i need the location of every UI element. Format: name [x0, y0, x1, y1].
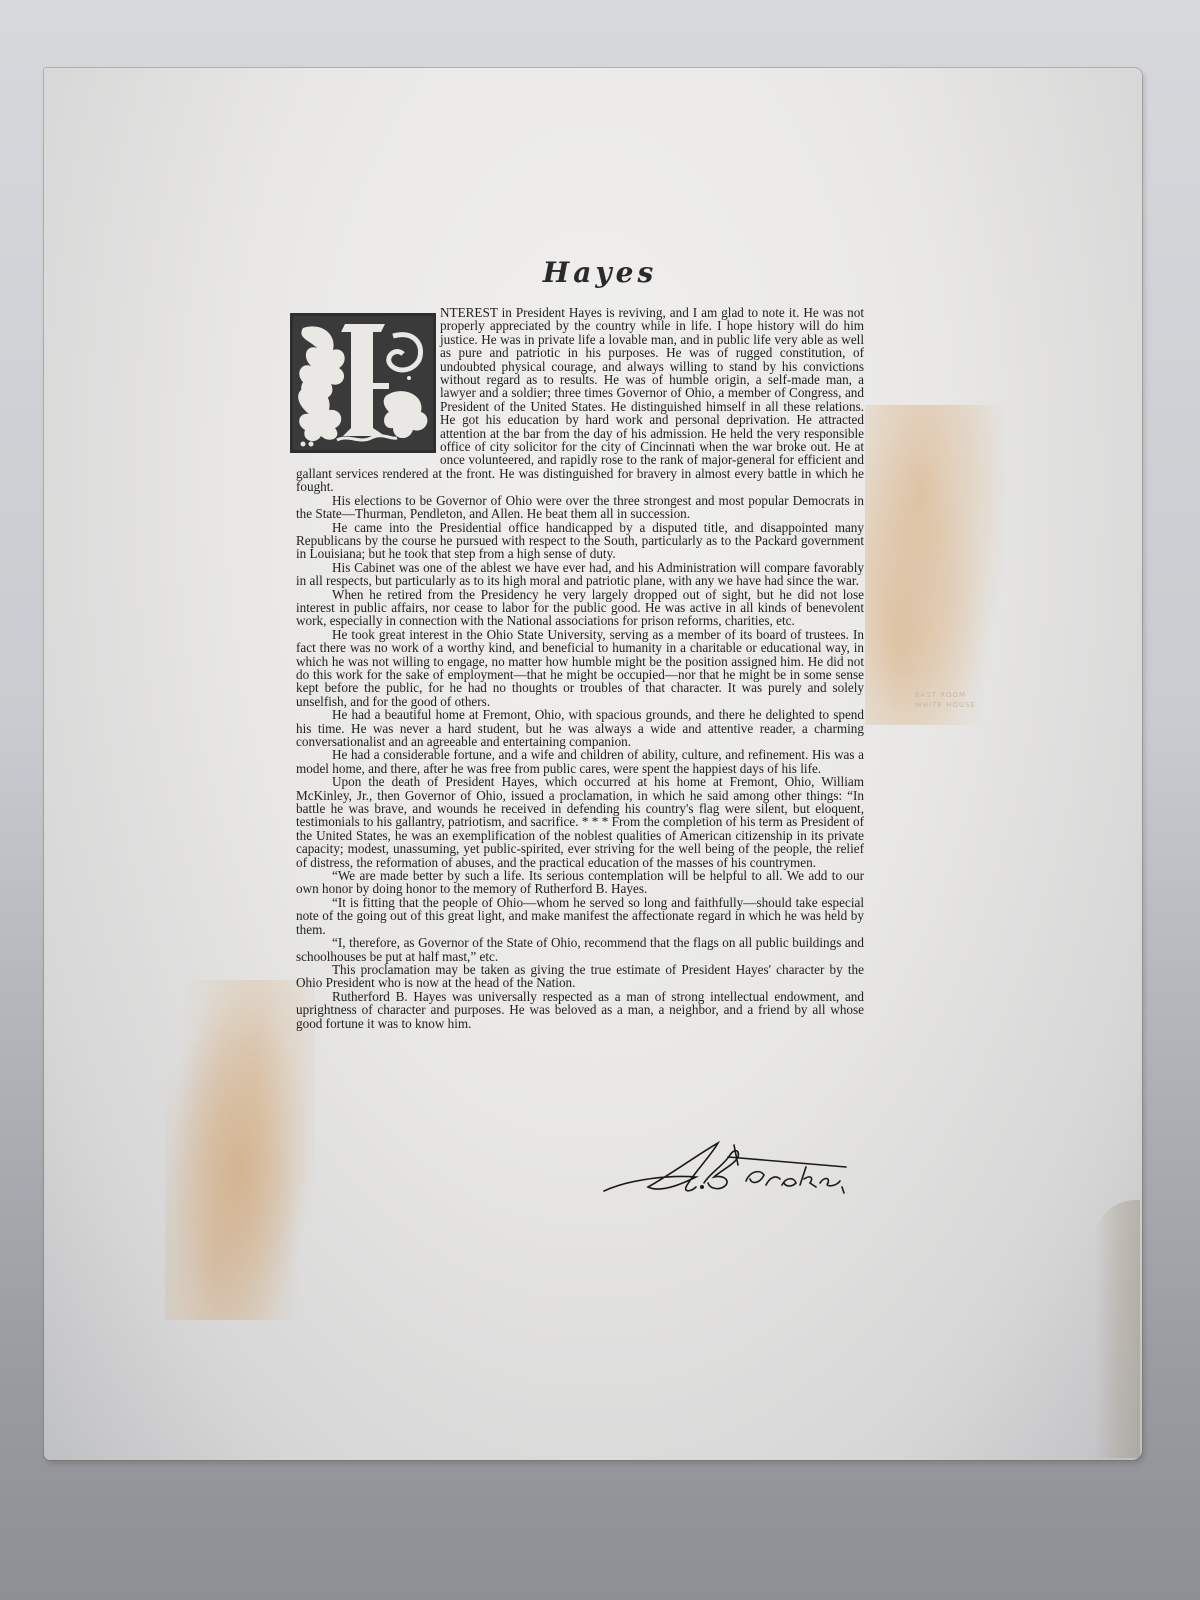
caption-line-1: East Room [915, 690, 985, 700]
capitol-illustration [165, 980, 315, 1320]
drop-cap-spacer [292, 306, 440, 456]
paragraph-2: His elections to be Governor of Ohio wer… [296, 494, 864, 521]
paragraph-14: Rutherford B. Hayes was universally resp… [296, 990, 864, 1030]
handwritten-signature-icon [600, 1135, 860, 1200]
illustration-caption: East Room White House [915, 690, 985, 710]
paragraph-6: He took great interest in the Ohio State… [296, 628, 864, 708]
paragraph-12: “I, therefore, as Governor of the State … [296, 936, 864, 963]
paragraph-9: Upon the death of President Hayes, which… [296, 775, 864, 869]
signature: J. B. Foraker [600, 1135, 860, 1200]
paragraph-8: He had a considerable fortune, and a wif… [296, 748, 864, 775]
paragraph-5: When he retired from the Presidency he v… [296, 588, 864, 628]
paragraph-10: “We are made better by such a life. Its … [296, 869, 864, 896]
paragraph-11: “It is fitting that the people of Ohio—w… [296, 896, 864, 936]
paragraph-3: He came into the Presidential office han… [296, 521, 864, 561]
article-body: NTEREST in President Hayes is reviving, … [296, 306, 864, 1030]
paragraph-7: He had a beautiful home at Fremont, Ohio… [296, 708, 864, 748]
page-title: Hayes [0, 256, 1200, 289]
paragraph-4: His Cabinet was one of the ablest we hav… [296, 561, 864, 588]
water-stain [1095, 1200, 1140, 1458]
east-room-illustration [865, 405, 1005, 725]
caption-line-2: White House [915, 700, 985, 710]
paragraph-13: This proclamation may be taken as giving… [296, 963, 864, 990]
